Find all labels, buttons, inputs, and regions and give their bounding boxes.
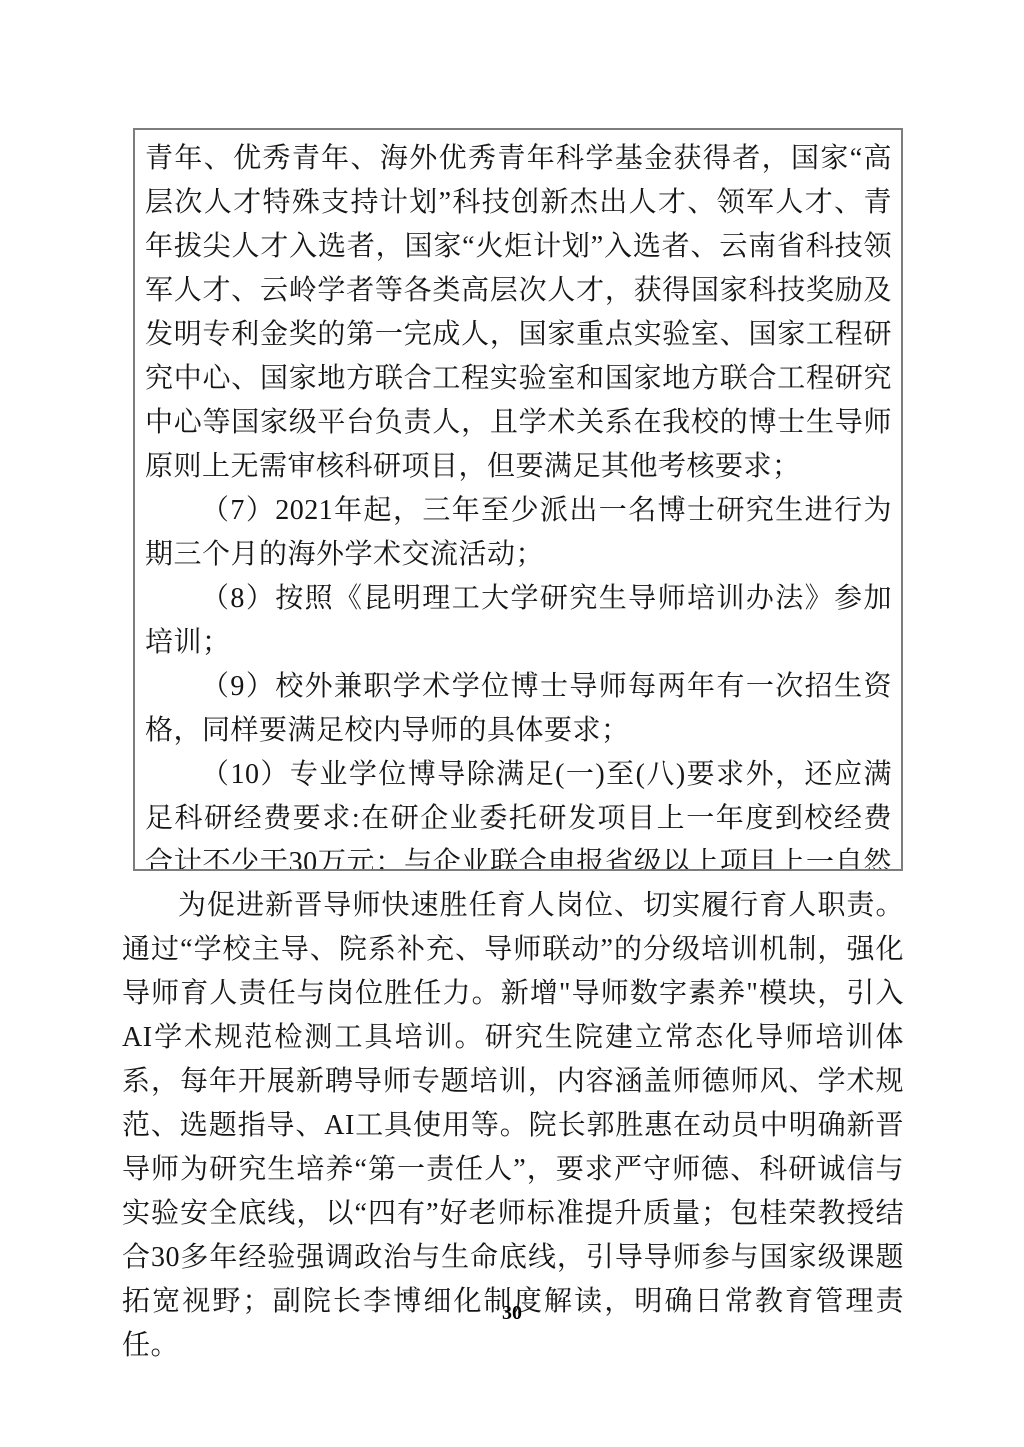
box-paragraph-item-8: （8）按照《昆明理工大学研究生导师培训办法》参加培训； <box>145 577 892 665</box>
body-paragraph: 为促进新晋导师快速胜任育人岗位、切实履行育人职责。通过“学校主导、院系补充、导师… <box>122 884 904 1368</box>
box-paragraph-continuation: 青年、优秀青年、海外优秀青年科学基金获得者，国家“高层次人才特殊支持计划”科技创… <box>145 137 892 489</box>
page-number: 30 <box>0 1302 1024 1325</box>
box-paragraph-item-10: （10）专业学位博导除满足(一)至(八)要求外，还应满足科研经费要求:在研企业委… <box>145 753 892 871</box>
bordered-text-box: 青年、优秀青年、海外优秀青年科学基金获得者，国家“高层次人才特殊支持计划”科技创… <box>133 128 903 871</box>
box-paragraph-item-9: （9）校外兼职学术学位博士导师每两年有一次招生资格，同样要满足校内导师的具体要求… <box>145 665 892 753</box>
document-page: 青年、优秀青年、海外优秀青年科学基金获得者，国家“高层次人才特殊支持计划”科技创… <box>0 0 1024 1447</box>
box-paragraph-item-7: （7）2021年起，三年至少派出一名博士研究生进行为期三个月的海外学术交流活动； <box>145 489 892 577</box>
